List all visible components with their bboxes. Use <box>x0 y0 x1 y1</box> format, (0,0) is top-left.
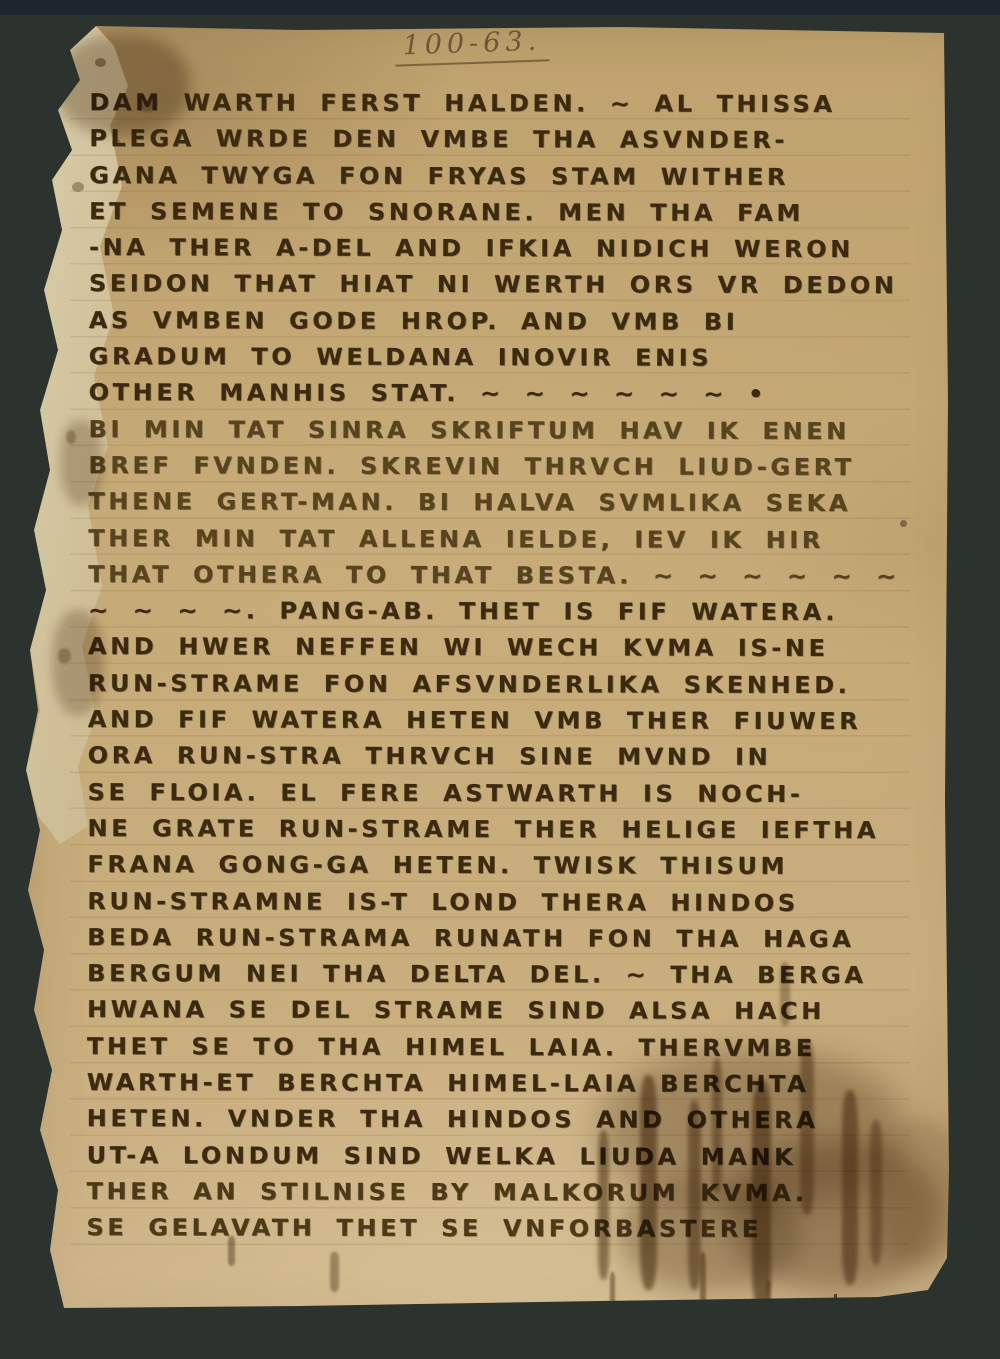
ink-drip <box>228 1236 235 1266</box>
ink-drip <box>780 962 790 1026</box>
water-stain <box>872 1120 967 1265</box>
scan-background-mat: 100-63. DAM WARTH FERST HALDEN. ~ AL THI… <box>0 0 1000 1359</box>
ink-stain <box>60 420 102 505</box>
ink-drip <box>598 1130 609 1280</box>
ink-drip <box>610 1272 615 1314</box>
ink-drip <box>752 1080 771 1310</box>
ink-drip <box>766 1280 771 1310</box>
ink-drip <box>842 1090 858 1285</box>
scan-edge-band <box>0 0 1000 15</box>
ink-drip <box>700 1252 706 1310</box>
ink-stain <box>52 610 104 715</box>
manuscript-page: 100-63. DAM WARTH FERST HALDEN. ~ AL THI… <box>0 0 1000 1359</box>
ink-stain <box>55 35 190 135</box>
ink-drip <box>800 1040 814 1215</box>
ink-drip <box>640 1075 657 1290</box>
ink-dot <box>900 520 907 527</box>
ink-drip <box>712 1058 722 1193</box>
ink-drip <box>330 1252 339 1292</box>
pen-cross-mark <box>826 1294 844 1316</box>
ink-stains <box>0 0 1000 1359</box>
